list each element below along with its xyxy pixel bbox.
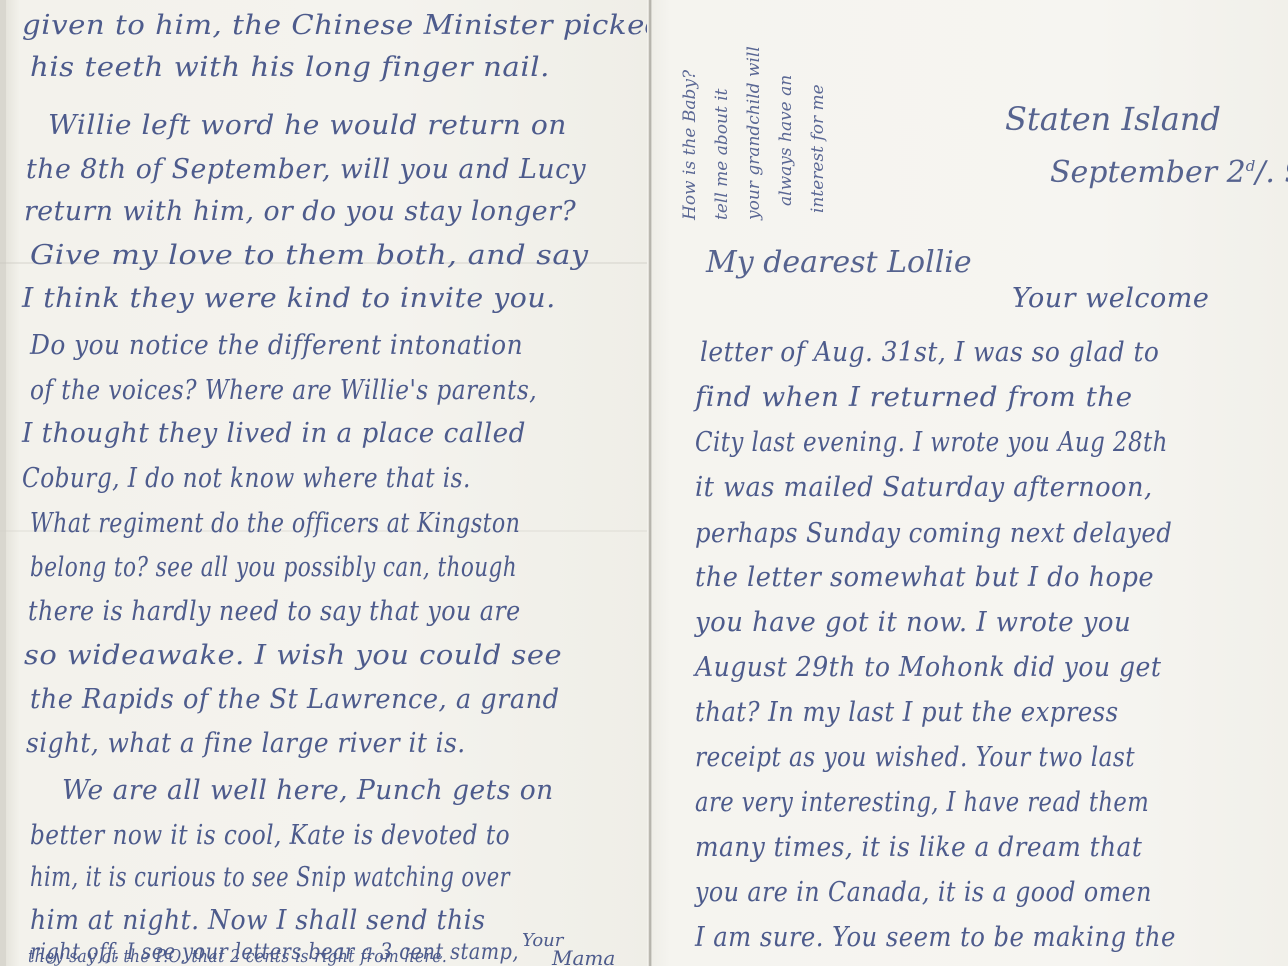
right-line-13: many times, it is like a dream that xyxy=(695,832,1142,863)
margin-note-line-1: How is the Baby? xyxy=(680,70,700,220)
right-line-2: letter of Aug. 31st, I was so glad to xyxy=(700,337,1159,368)
right-line-10: that? In my last I put the express xyxy=(695,697,1119,728)
left-line-2: his teeth with his long finger nail. xyxy=(30,52,550,83)
right-line-12: are very interesting, I have read them xyxy=(695,787,1149,818)
left-line-7: I think they were kind to invite you. xyxy=(22,283,556,314)
date-year: /. 96 xyxy=(1255,155,1288,190)
left-line-6: Give my love to them both, and say xyxy=(30,240,589,271)
left-line-3: Willie left word he would return on xyxy=(48,110,567,141)
date-main: September 2 xyxy=(1050,155,1246,190)
right-line-1: Your welcome xyxy=(1012,283,1209,314)
left-line-1: given to him, the Chinese Minister picke… xyxy=(22,10,664,41)
right-line-14: you are in Canada, it is a good omen xyxy=(695,877,1152,908)
right-line-15: I am sure. You seem to be making the xyxy=(695,922,1176,953)
margin-note-line-3: your grandchild will xyxy=(744,46,764,220)
letter-scan: given to him, the Chinese Minister picke… xyxy=(0,0,1288,966)
left-line-21: him at night. Now I shall send this xyxy=(30,905,486,936)
letter-place: Staten Island xyxy=(1005,100,1221,138)
signature-mama: Mama xyxy=(552,946,615,966)
left-line-15: so wideawake. I wish you could see xyxy=(24,640,562,671)
left-line-13: belong to? see all you possibly can, tho… xyxy=(30,552,517,583)
center-fold xyxy=(647,0,652,966)
left-line-8: Do you notice the different intonation xyxy=(30,330,523,361)
left-line-17: sight, what a fine large river it is. xyxy=(26,728,466,759)
left-line-16: the Rapids of the St Lawrence, a grand xyxy=(30,684,560,715)
right-line-5: it was mailed Saturday afternoon, xyxy=(695,472,1153,503)
right-line-3: find when I returned from the xyxy=(695,382,1133,413)
left-line-23: they say at the P.O. that 2 cents is rig… xyxy=(28,946,447,966)
left-line-11: Coburg, I do not know where that is. xyxy=(22,463,471,494)
right-line-7: the letter somewhat but I do hope xyxy=(695,562,1154,593)
left-line-18: We are all well here, Punch gets on xyxy=(62,775,554,806)
salutation: My dearest Lollie xyxy=(706,245,972,280)
left-line-9: of the voices? Where are Willie's parent… xyxy=(30,375,537,406)
right-line-9: August 29th to Mohonk did you get xyxy=(695,652,1161,683)
left-line-5: return with him, or do you stay longer? xyxy=(24,196,576,227)
margin-note: How is the Baby? tell me about it your g… xyxy=(676,8,876,223)
right-line-6: perhaps Sunday coming next delayed xyxy=(695,518,1172,549)
left-line-19: better now it is cool, Kate is devoted t… xyxy=(30,820,510,851)
date-suffix: d xyxy=(1246,157,1256,175)
right-line-11: receipt as you wished. Your two last xyxy=(695,742,1135,773)
right-line-8: you have got it now. I wrote you xyxy=(695,607,1131,638)
margin-note-line-4: always have an xyxy=(776,75,796,206)
left-line-4: the 8th of September, will you and Lucy xyxy=(26,154,586,185)
margin-note-line-5: interest for me xyxy=(808,84,828,213)
margin-note-line-2: tell me about it xyxy=(712,89,732,220)
left-line-10: I thought they lived in a place called xyxy=(22,418,526,449)
right-line-4: City last evening. I wrote you Aug 28th xyxy=(695,427,1168,458)
left-line-14: there is hardly need to say that you are xyxy=(28,596,521,627)
left-line-12: What regiment do the officers at Kingsto… xyxy=(30,508,520,539)
letter-date: September 2d/. 96 xyxy=(1050,155,1288,190)
left-line-20: him, it is curious to see Snip watching … xyxy=(30,862,510,893)
